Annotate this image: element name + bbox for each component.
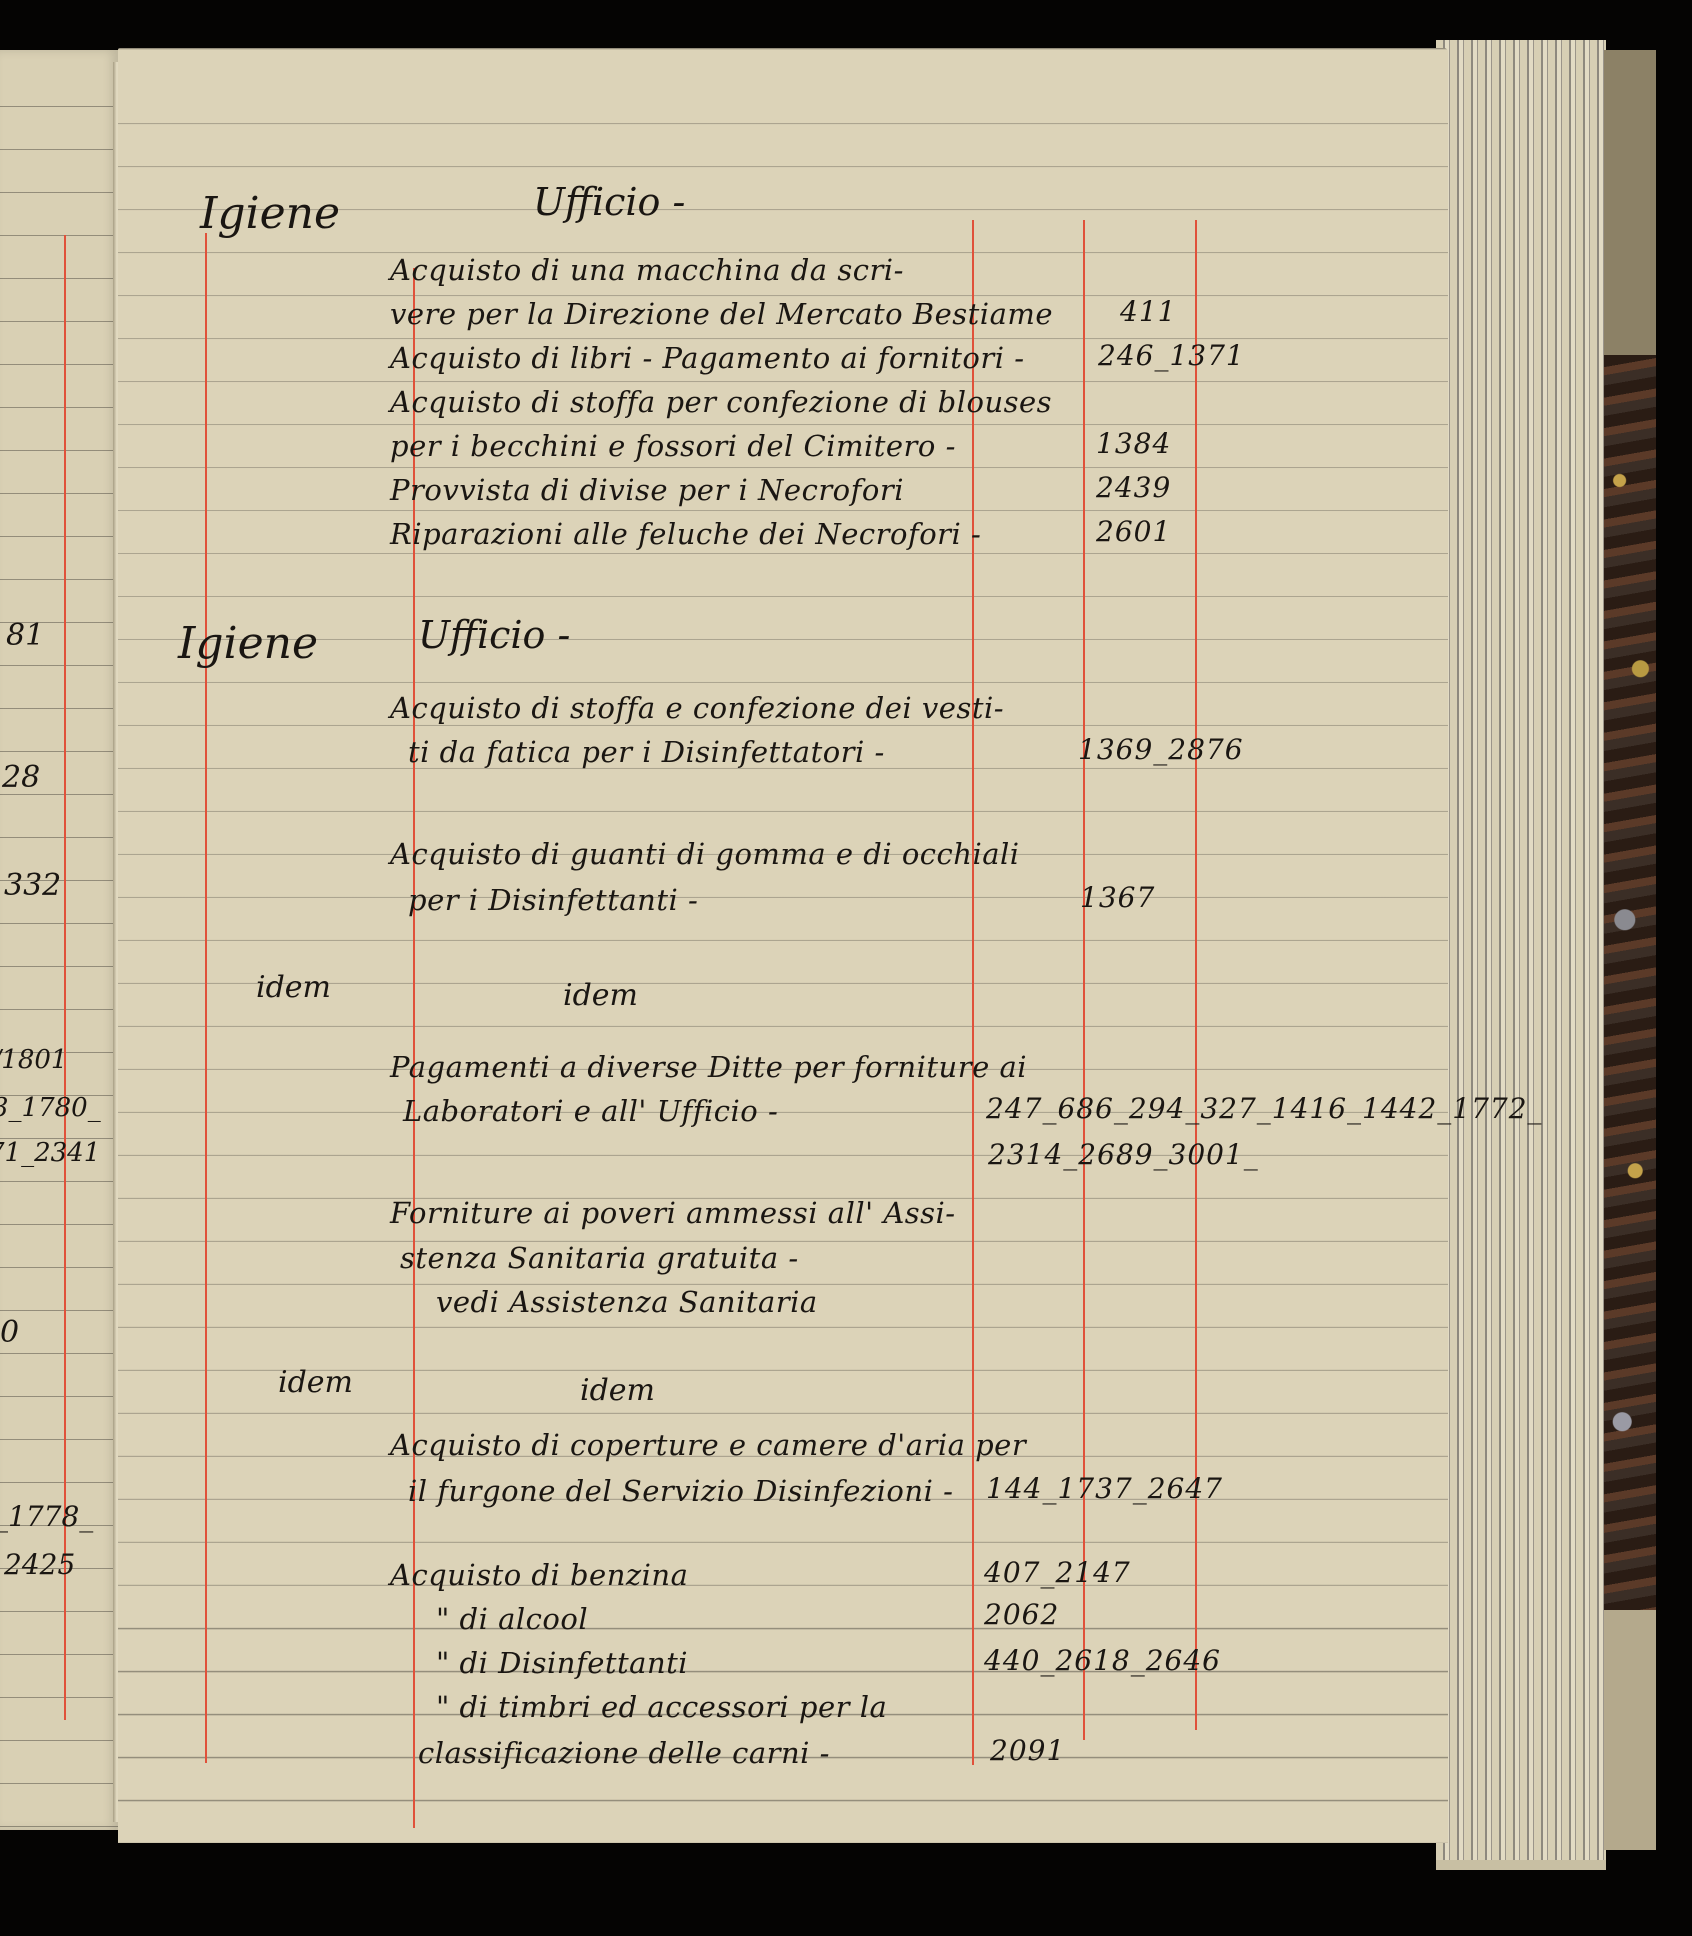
category-heading: idem	[278, 1365, 353, 1400]
cover-leather-corner	[1604, 50, 1656, 355]
page-reference: 1367	[1080, 881, 1155, 914]
entry-line: " di alcool	[436, 1602, 588, 1636]
entry-line: Acquisto di guanti di gomma e di occhial…	[390, 837, 1020, 871]
entry-line: Forniture ai poveri ammessi all' Assi-	[390, 1196, 956, 1230]
page-reference: 246_1371	[1098, 339, 1245, 372]
entry-line: classificazione delle carni -	[418, 1736, 830, 1770]
cover-leather-corner	[1604, 1610, 1656, 1850]
entry-line: Riparazioni alle feluche dei Necrofori -	[390, 517, 981, 551]
page-reference: 2439	[1096, 471, 1171, 504]
subcategory-heading: Ufficio -	[533, 180, 685, 224]
left-fragment: 28	[2, 760, 40, 795]
entry-line: ti da fatica per i Disinfettatori -	[408, 735, 885, 769]
entry-line: Acquisto di stoffa per confezione di blo…	[390, 385, 1052, 419]
reference-column-rule	[972, 220, 974, 1765]
category-heading: Igiene	[178, 618, 318, 669]
left-fragment: 332	[4, 868, 61, 903]
page-reference: 144_1737_2647	[986, 1472, 1223, 1505]
page-reference: 440_2618_2646	[984, 1644, 1221, 1677]
entry-line: Provvista di divise per i Necrofori	[390, 473, 904, 507]
left-fragment: 3_1780_	[0, 1093, 101, 1123]
entry-line: Pagamenti a diverse Ditte per forniture …	[390, 1050, 1027, 1084]
page-reference: 247_686_294_327_1416_1442_1772_	[986, 1092, 1543, 1125]
subcategory-heading: Ufficio -	[418, 613, 570, 657]
margin-rule	[205, 233, 207, 1763]
category-heading: Igiene	[200, 188, 340, 239]
left-page-margin-rule	[64, 235, 66, 1720]
ledger-page: Igiene Ufficio - Acquisto di una macchin…	[118, 48, 1448, 1843]
entry-line: stenza Sanitaria gratuita -	[400, 1241, 799, 1275]
page-reference: 1384	[1096, 427, 1171, 460]
page-reference: 407_2147	[984, 1556, 1131, 1589]
entry-line: Acquisto di coperture e camere d'aria pe…	[390, 1428, 1026, 1462]
left-fragment: 0	[0, 1315, 19, 1350]
entry-line: Acquisto di libri - Pagamento ai fornito…	[390, 341, 1025, 375]
left-fragment: 71_2341	[0, 1138, 100, 1168]
reference-column-rule	[1083, 220, 1085, 1740]
page-edges-stack	[1436, 40, 1606, 1870]
category-heading: idem	[256, 970, 331, 1005]
page-reference: 411	[1120, 295, 1176, 328]
left-fragment: 1/1801	[0, 1045, 67, 1075]
page-reference: 2062	[984, 1598, 1059, 1631]
page-reference: 2091	[990, 1734, 1065, 1767]
cover-marbled-paper	[1604, 355, 1656, 1610]
entry-line: " di timbri ed accessori per la	[436, 1690, 887, 1724]
entry-line: Acquisto di benzina	[390, 1558, 688, 1592]
entry-line: per i Disinfettanti -	[408, 883, 698, 917]
left-page: 81 28 332 1/1801 3_1780_ 71_2341 0 _1778…	[0, 50, 118, 1830]
entry-line: Acquisto di stoffa e confezione dei vest…	[390, 691, 1004, 725]
cross-reference-note: vedi Assistenza Sanitaria	[436, 1285, 818, 1319]
page-reference: 2314_2689_3001_	[988, 1138, 1259, 1171]
page-reference: 2601	[1096, 515, 1171, 548]
subcategory-heading: idem	[580, 1373, 655, 1408]
entry-line: Acquisto di una macchina da scri-	[390, 253, 904, 287]
entry-line: per i becchini e fossori del Cimitero -	[390, 429, 956, 463]
entry-line: " di Disinfettanti	[436, 1646, 688, 1680]
left-fragment: 2425	[4, 1548, 75, 1581]
left-fragment: 81	[6, 618, 44, 653]
entry-line: vere per la Direzione del Mercato Bestia…	[390, 297, 1053, 331]
left-fragment: _1778_	[0, 1500, 93, 1533]
page-reference: 1369_2876	[1078, 733, 1244, 766]
entry-line: il furgone del Servizio Disinfezioni -	[408, 1474, 953, 1508]
subcategory-heading: idem	[563, 978, 638, 1013]
entry-line: Laboratori e all' Ufficio -	[403, 1094, 778, 1128]
